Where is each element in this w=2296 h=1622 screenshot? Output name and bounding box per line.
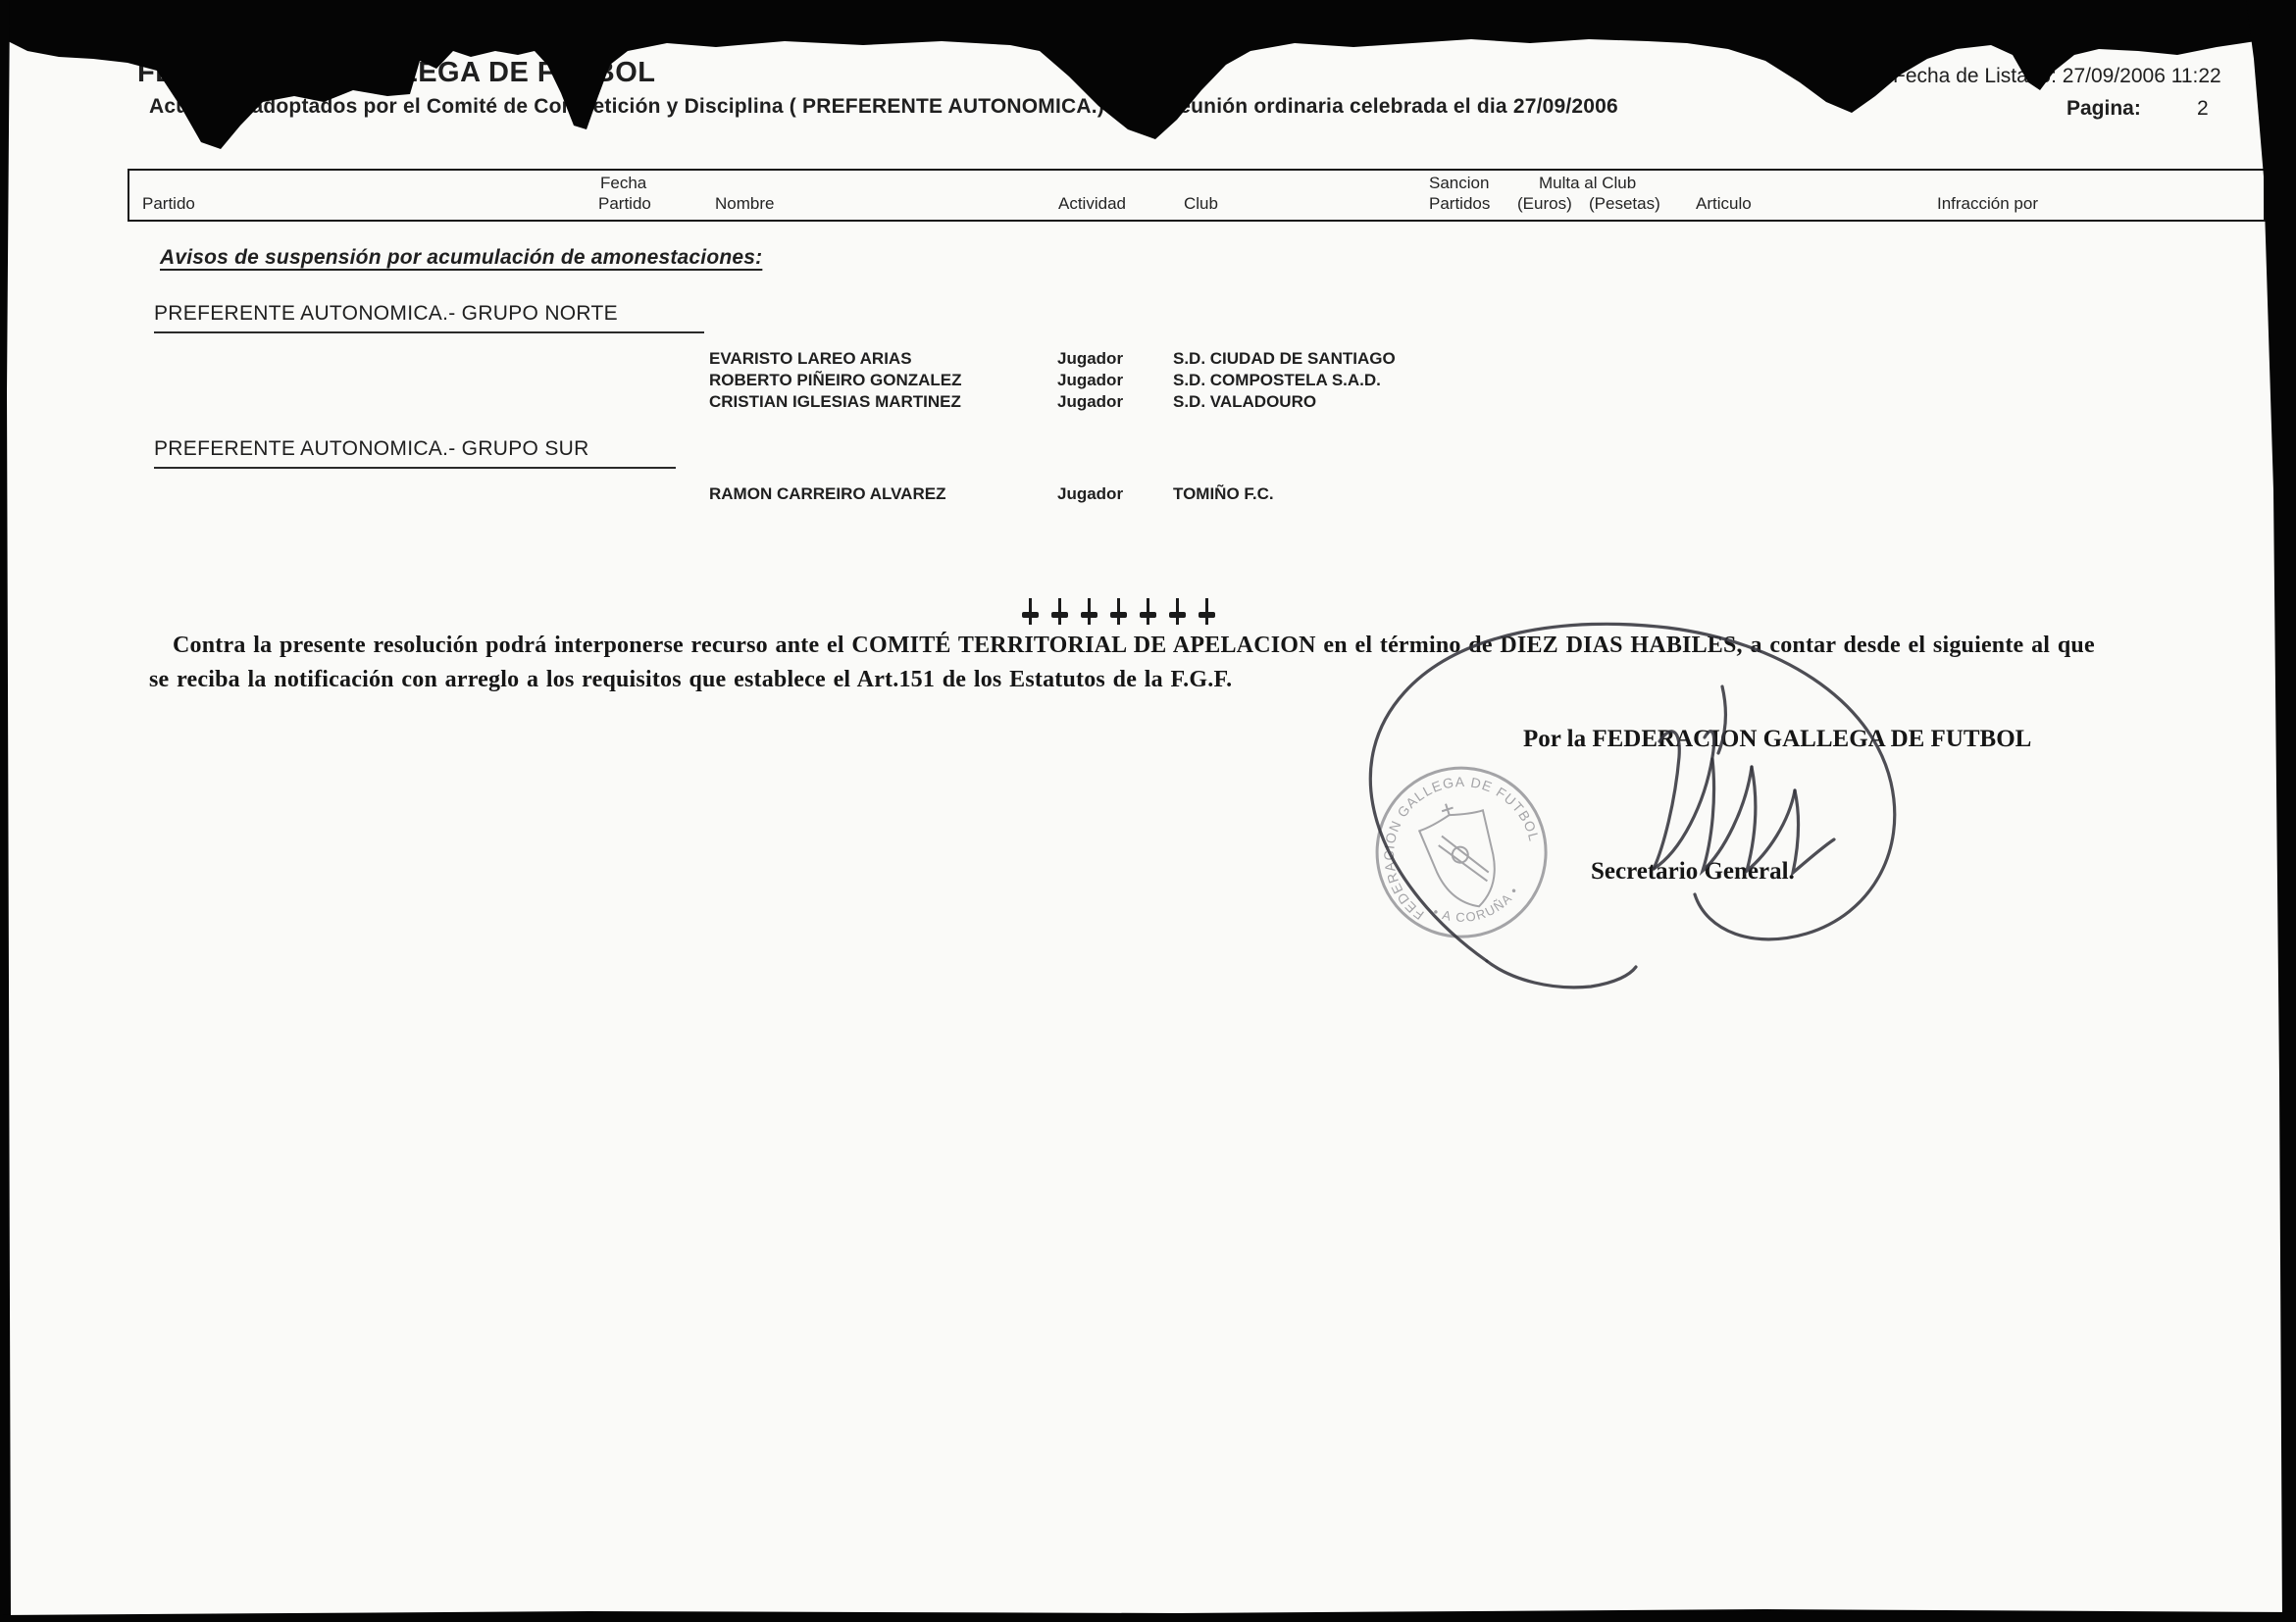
col-partido: Partido — [142, 194, 195, 214]
listing-date: Fecha de Listado: 27/09/2006 11:22 — [1893, 65, 2221, 88]
org-name: FEDERACION GALLEGA DE FUTBOL — [137, 57, 655, 89]
group-heading: PREFERENTE AUTONOMICA.- GRUPO SUR — [154, 437, 676, 469]
col-sancion-line2: Partidos — [1429, 194, 1490, 214]
col-infraccion: Infracción por — [1937, 194, 2038, 214]
resolution-paragraph: Contra la presente resolución podrá inte… — [149, 629, 2111, 697]
svg-text:FEDERACION GALLEGA DE FUTBOL: FEDERACION GALLEGA DE FUTBOL — [1359, 752, 1556, 929]
table-row: RAMON CARREIRO ALVAREZJugadorTOMIÑO F.C. — [0, 484, 2296, 506]
player-club: S.D. CIUDAD DE SANTIAGO — [1173, 349, 1396, 369]
listing-date-value: 27/09/2006 11:22 — [2063, 65, 2221, 87]
cross-mark-icon — [1110, 598, 1127, 628]
divider-marks — [1022, 598, 1215, 628]
col-fecha-line1: Fecha — [600, 174, 646, 193]
col-multa: Multa al Club — [1539, 174, 1636, 193]
cross-mark-icon — [1199, 598, 1215, 628]
col-nombre: Nombre — [715, 194, 774, 214]
group-rows: RAMON CARREIRO ALVAREZJugadorTOMIÑO F.C. — [0, 484, 2296, 506]
cross-mark-icon — [1051, 598, 1068, 628]
listing-date-label: Fecha de Listado: — [1893, 65, 2057, 87]
col-actividad: Actividad — [1058, 194, 1126, 214]
player-nombre: CRISTIAN IGLESIAS MARTINEZ — [709, 392, 961, 412]
table-row: ROBERTO PIÑEIRO GONZALEZJugadorS.D. COMP… — [0, 371, 2296, 392]
player-nombre: RAMON CARREIRO ALVAREZ — [709, 484, 945, 504]
stamp-text-top: FEDERACION GALLEGA DE FUTBOL — [1359, 752, 1556, 929]
table-row: EVARISTO LAREO ARIASJugadorS.D. CIUDAD D… — [0, 349, 2296, 371]
signature-role: Secretario General. — [1591, 858, 1795, 886]
page-label: Pagina: — [2066, 97, 2141, 121]
col-fecha-line2: Partido — [598, 194, 651, 214]
player-nombre: ROBERTO PIÑEIRO GONZALEZ — [709, 371, 962, 390]
player-actividad: Jugador — [1057, 371, 1123, 390]
group-rows: EVARISTO LAREO ARIASJugadorS.D. CIUDAD D… — [0, 349, 2296, 414]
paper-background — [0, 0, 2296, 1622]
page-number: 2 — [2197, 97, 2209, 121]
col-multa-pesetas: (Pesetas) — [1589, 194, 1660, 214]
player-club: S.D. COMPOSTELA S.A.D. — [1173, 371, 1381, 390]
group-heading: PREFERENTE AUTONOMICA.- GRUPO NORTE — [154, 302, 704, 333]
col-sancion-line1: Sancion — [1429, 174, 1489, 193]
player-actividad: Jugador — [1057, 392, 1123, 412]
col-articulo: Articulo — [1696, 194, 1752, 214]
col-multa-euros: (Euros) — [1517, 194, 1572, 214]
player-nombre: EVARISTO LAREO ARIAS — [709, 349, 912, 369]
cross-mark-icon — [1169, 598, 1186, 628]
player-club: TOMIÑO F.C. — [1173, 484, 1274, 504]
signature-by-line: Por la FEDERACION GALLEGA DE FUTBOL — [1523, 726, 2031, 753]
player-actividad: Jugador — [1057, 484, 1123, 504]
player-club: S.D. VALADOURO — [1173, 392, 1316, 412]
table-row: CRISTIAN IGLESIAS MARTINEZJugadorS.D. VA… — [0, 392, 2296, 414]
player-actividad: Jugador — [1057, 349, 1123, 369]
cross-mark-icon — [1022, 598, 1039, 628]
document-subtitle: Acuerdos adoptados por el Comité de Comp… — [149, 95, 1618, 119]
section-title: Avisos de suspensión por acumulación de … — [160, 246, 762, 270]
col-club: Club — [1184, 194, 1218, 214]
cross-mark-icon — [1140, 598, 1156, 628]
scanned-document: FEDERACION GALLEGA DE FUTBOL Acuerdos ad… — [0, 0, 2296, 1622]
cross-mark-icon — [1081, 598, 1097, 628]
table-header: Partido Fecha Partido Nombre Actividad C… — [128, 169, 2266, 222]
